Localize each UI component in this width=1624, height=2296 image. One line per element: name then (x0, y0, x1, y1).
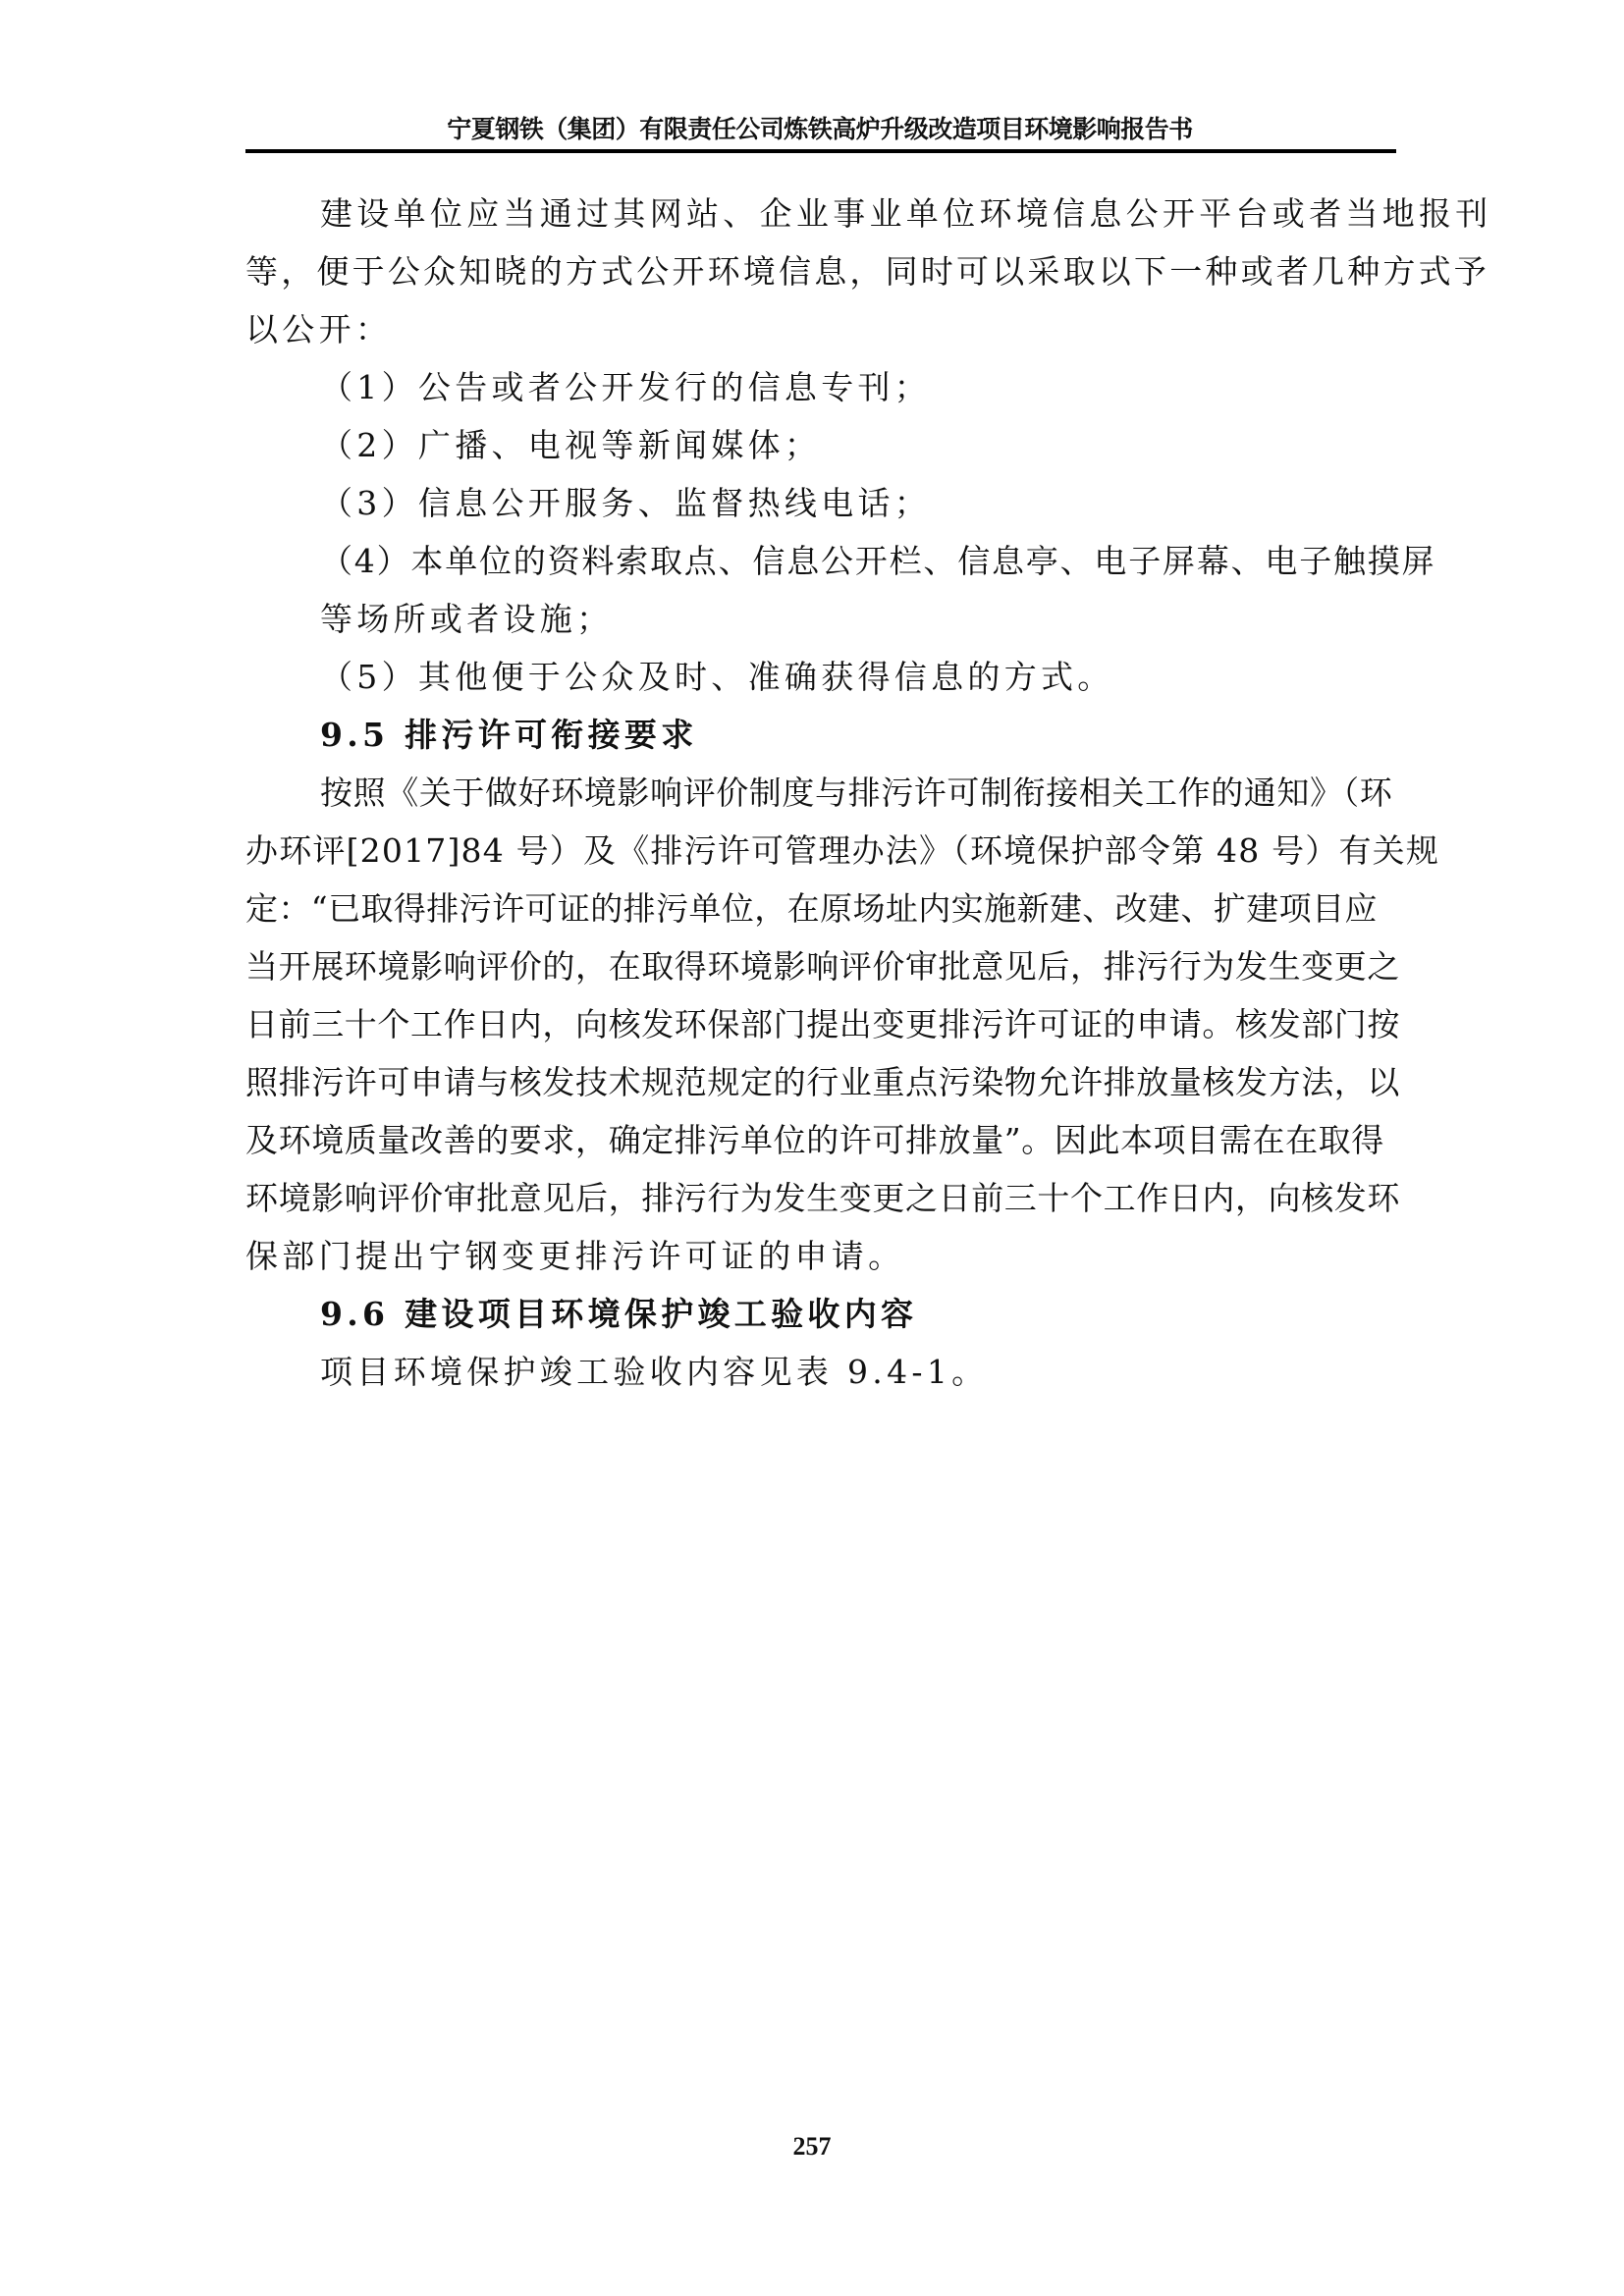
list-item: （5）其他便于公众及时、准确获得信息的方式。 (245, 658, 1394, 716)
paragraph-line: 及环境质量改善的要求，确定排污单位的许可排放量”。因此本项目需在在取得 (245, 1121, 1394, 1179)
paragraph-line: 当开展环境影响评价的，在取得环境影响评价审批意见后，排污行为发生变更之 (245, 947, 1394, 1005)
paragraph-line: 等，便于公众知晓的方式公开环境信息，同时可以采取以下一种或者几种方式予 (245, 252, 1394, 310)
list-item: （2）广播、电视等新闻媒体； (245, 426, 1394, 484)
paragraph-line: 办环评[2017]84 号）及《排污许可管理办法》（环境保护部令第 48 号）有… (245, 831, 1394, 889)
paragraph-line: 照排污许可申请与核发技术规范规定的行业重点污染物允许排放量核发方法，以 (245, 1063, 1394, 1121)
section-heading-9-5: 9.5 排污许可衔接要求 (245, 716, 1394, 774)
running-header: 宁夏钢铁（集团）有限责任公司炼铁高炉升级改造项目环境影响报告书 (245, 110, 1394, 145)
list-item: （3）信息公开服务、监督热线电话； (245, 484, 1394, 542)
list-item: 等场所或者设施； (245, 600, 1394, 658)
paragraph-line: 环境影响评价审批意见后，排污行为发生变更之日前三十个工作日内，向核发环 (245, 1179, 1394, 1237)
list-item: （4）本单位的资料索取点、信息公开栏、信息亭、电子屏幕、电子触摸屏 (245, 542, 1394, 600)
page-body: 建设单位应当通过其网站、企业事业单位环境信息公开平台或者当地报刊 等，便于公众知… (245, 194, 1394, 1411)
section-heading-9-6: 9.6 建设项目环境保护竣工验收内容 (245, 1295, 1394, 1353)
header-rule (245, 149, 1396, 153)
paragraph-line: 建设单位应当通过其网站、企业事业单位环境信息公开平台或者当地报刊 (245, 194, 1394, 252)
paragraph-line: 项目环境保护竣工验收内容见表 9.4-1。 (245, 1353, 1394, 1411)
paragraph-line: 日前三十个工作日内，向核发环保部门提出变更排污许可证的申请。核发部门按 (245, 1005, 1394, 1063)
list-item: （1）公告或者公开发行的信息专刊； (245, 368, 1394, 426)
paragraph-line: 按照《关于做好环境影响评价制度与排污许可制衔接相关工作的通知》（环 (245, 774, 1394, 831)
paragraph-line: 保部门提出宁钢变更排污许可证的申请。 (245, 1237, 1394, 1295)
paragraph-line: 定：“已取得排污许可证的排污单位，在原场址内实施新建、改建、扩建项目应 (245, 889, 1394, 947)
page-number: 257 (0, 2132, 1624, 2162)
paragraph-line: 以公开： (245, 310, 1394, 368)
